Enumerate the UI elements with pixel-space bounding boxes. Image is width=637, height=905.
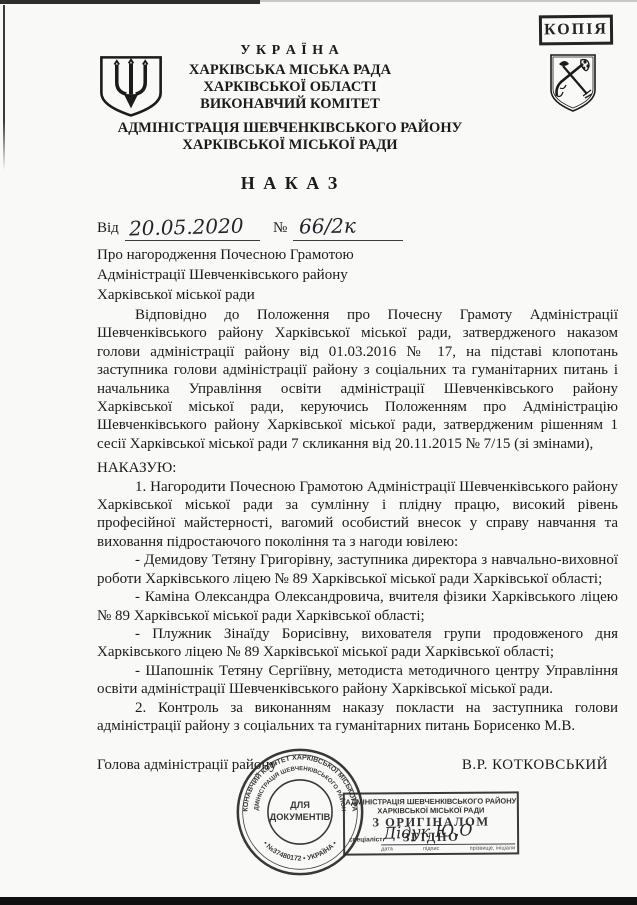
cert-stamp-handwritten-signature: Дідук Ю.О — [383, 820, 473, 843]
order-keyword: НАКАЗУЮ: — [97, 459, 618, 477]
handwritten-number: 66/2к — [299, 214, 356, 239]
scan-edge-left — [3, 5, 5, 170]
scanned-document-page: КОПІЯ У К Р А Ї Н А ХАРКІВСЬКА МІСЬКА РА… — [0, 0, 637, 905]
round-seal-stamp: ВИКОНАВЧИЙ КОМІТЕТ ХАРКІВСЬКОЇ МІСЬКОЇ Р… — [232, 744, 368, 880]
header-org-line-1: ХАРКІВСЬКА МІСЬКА РАДА — [40, 62, 540, 79]
cert-field-date: дата — [381, 846, 393, 852]
awardee-item-1: - Демидову Тетяну Григорівну, заступника… — [97, 551, 618, 588]
cert-field-name: прізвище, ініціали — [470, 845, 516, 851]
cert-stamp-field-labels: дата підпис прізвище, ініціали — [381, 845, 515, 852]
round-stamp-center-line-1: ДЛЯ — [290, 800, 310, 810]
copy-stamp: КОПІЯ — [539, 15, 613, 46]
copy-stamp-label: КОПІЯ — [544, 21, 608, 40]
round-stamp-outer-bottom-text: • №37480172 • УКРАЇНА • — [262, 840, 339, 863]
number-underline — [293, 240, 403, 241]
awardee-item-3: - Плужник Зінаїду Борисівну, вихователя … — [97, 625, 618, 662]
signer-name: В.Р. КОТКОВСЬКИЙ — [462, 757, 608, 774]
date-underline — [125, 240, 260, 241]
certification-stamp: АДМІНІСТРАЦІЯ ШЕВЧЕНКІВСЬКОГО РАЙОНУ ХАР… — [343, 791, 519, 855]
subject-line-2: Адміністрації Шевченківського району — [97, 265, 427, 285]
header-org-line-3: ВИКОНАВЧИЙ КОМІТЕТ — [40, 96, 540, 113]
svg-text:• №37480172 • УКРАЇНА •: • №37480172 • УКРАЇНА • — [262, 840, 339, 863]
date-from-label: Від — [97, 220, 119, 237]
date-number-line: Від 20.05.2020 № 66/2к — [97, 211, 497, 241]
awardee-item-4: - Шапошнік Тетяну Сергіївну, методиста м… — [97, 662, 618, 699]
scan-edge-top — [0, 0, 260, 4]
kharkiv-coat-of-arms-icon — [547, 52, 599, 115]
order-item-2: 2. Контроль за виконанням наказу покласт… — [97, 699, 618, 736]
subject-line-3: Харківської міської ради — [97, 285, 427, 305]
document-body: Відповідно до Положення про Почесну Грам… — [97, 306, 618, 735]
handwritten-date: 20.05.2020 — [129, 214, 244, 241]
header-dept-line-1: АДМІНІСТРАЦІЯ ШЕВЧЕНКІВСЬКОГО РАЙОНУ — [40, 120, 540, 137]
header-org-line-2: ХАРКІВСЬКОЇ ОБЛАСТІ — [40, 79, 540, 96]
round-stamp-center-line-2: ДОКУМЕНТІВ — [270, 812, 331, 822]
document-title: Н А К А З — [40, 173, 540, 194]
order-item-1: 1. Нагородити Почесною Грамотою Адмініст… — [97, 478, 618, 552]
subject-block: Про нагородження Почесною Грамотою Адмін… — [97, 245, 427, 305]
header-dept-line-2: ХАРКІВСЬКОЇ МІСЬКОЇ РАДИ — [40, 137, 540, 154]
cert-field-sign: підпис — [423, 846, 439, 852]
subject-line-1: Про нагородження Почесною Грамотою — [97, 245, 427, 265]
preamble-paragraph: Відповідно до Положення про Почесну Грам… — [97, 306, 618, 453]
header-country: У К Р А Ї Н А — [40, 43, 540, 59]
awardee-item-2: - Каміна Олександра Олександровича, вчит… — [97, 588, 618, 625]
scan-edge-bottom — [0, 897, 637, 905]
number-sign-label: № — [273, 220, 287, 237]
